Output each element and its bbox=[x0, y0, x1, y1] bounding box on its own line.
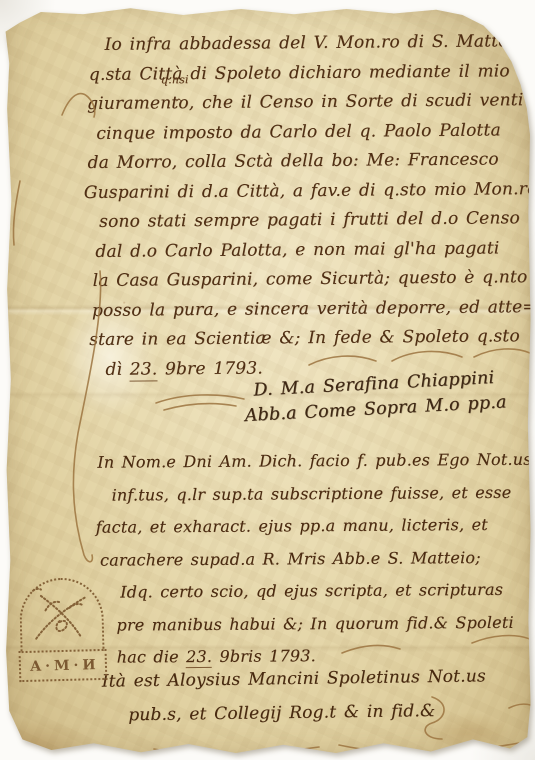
manuscript-scan: Io infra abbadessa del V. Mon.ro di S. M… bbox=[0, 0, 535, 760]
pre-signature-dash-flourish bbox=[164, 404, 236, 410]
declaration-block: Io infra abbadessa del V. Mon.ro di S. M… bbox=[86, 27, 535, 385]
notary-line: carachere supad.a R. Mris Abb.e S. Matte… bbox=[100, 541, 535, 577]
bottom-flourish bbox=[509, 704, 534, 708]
notary-stamp: A·M·И bbox=[17, 577, 108, 682]
date-prefix: hac die bbox=[117, 647, 187, 666]
date-prefix: dì bbox=[105, 359, 130, 379]
notary-line: Idq. certo scio, qd ejus scripta, et scr… bbox=[120, 573, 535, 609]
margin-slash-flourish bbox=[13, 181, 20, 245]
declaration-line: da Morro, colla Sctà della bo: Me: Franc… bbox=[87, 145, 535, 178]
paper-shadow-wrap: Io infra abbadessa del V. Mon.ro di S. M… bbox=[0, 0, 535, 760]
insertion-caret-mark: ^ bbox=[175, 89, 183, 119]
declaration-line: q.sta Città di Spoleto dichiaro mediante… bbox=[89, 57, 535, 90]
bottom-flourish bbox=[339, 743, 519, 753]
date-rest: 9bre 1793. bbox=[157, 358, 263, 379]
declaration-line: posso la pura, e sincera verità deporre,… bbox=[92, 293, 535, 326]
stamp-initials: A·M·И bbox=[26, 657, 100, 675]
interline-insertion: q.nsi bbox=[161, 74, 189, 85]
stamp-branch-ornament-icon bbox=[23, 583, 101, 651]
declaration-line: la Casa Gusparini, come Sicurtà; questo … bbox=[93, 263, 535, 296]
bottom-flourish bbox=[154, 747, 319, 755]
notary-attestation-block: In Nom.e Dni Am. Dich. facio f. pub.es E… bbox=[93, 443, 535, 674]
stamp-spiral-stroke bbox=[56, 621, 67, 631]
notary-closing-block: Ità est Aloysius Mancini Spoletinus Not.… bbox=[102, 660, 487, 732]
notary-line: In Nom.e Dni Am. Dich. facio f. pub.es E… bbox=[97, 443, 535, 479]
pre-signature-dash-flourish bbox=[156, 395, 244, 403]
notary-line: facta, et exharact. ejus pp.a manu, lict… bbox=[96, 508, 535, 544]
declaration-line: cinque imposto da Carlo del q. Paolo Pal… bbox=[96, 116, 535, 149]
notary-line: pre manibus habui &; In quorum fid.& Spo… bbox=[116, 606, 535, 642]
stamp-initials-band: A·M·И bbox=[19, 649, 108, 682]
closing-line: pub.s, et Collegij Rog.t & in fid.& bbox=[128, 694, 487, 732]
stamp-leaf-stroke bbox=[33, 589, 41, 591]
declaration-line: sono stati sempre pagati i frutti del d.… bbox=[99, 204, 535, 237]
underlined-day: 23. bbox=[130, 359, 158, 381]
declaration-line: Io infra abbadessa del V. Mon.ro di S. M… bbox=[104, 27, 535, 60]
aged-paper-sheet: Io infra abbadessa del V. Mon.ro di S. M… bbox=[4, 3, 531, 756]
declaration-line: stare in ea Scientiæ &; In fede & Spolet… bbox=[89, 322, 535, 355]
declaration-line: giuramento, che il Censo in Sorte di scu… bbox=[87, 86, 535, 119]
notary-line: inf.tus, q.lr sup.ta subscriptione fuiss… bbox=[111, 476, 535, 512]
declaration-line: dal d.o Carlo Palotta, e non mai gl'ha p… bbox=[95, 234, 535, 267]
closing-line: Ità est Aloysius Mancini Spoletinus Not.… bbox=[102, 660, 487, 699]
declaration-line: Gusparini di d.a Città, a fav.e di q.sto… bbox=[84, 175, 535, 209]
